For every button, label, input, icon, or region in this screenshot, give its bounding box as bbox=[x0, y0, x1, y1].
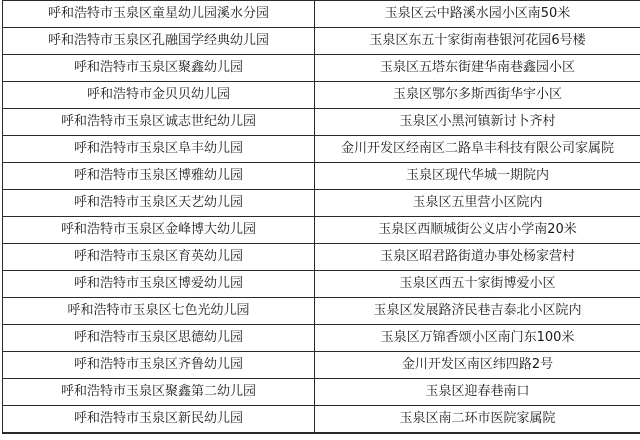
table-row: 呼和浩特市金贝贝幼儿园 玉泉区鄂尔多斯西街华宇小区 bbox=[3, 82, 640, 109]
table-row: 呼和浩特市玉泉区金峰博大幼儿园 玉泉区西顺城街公义店小学南20米 bbox=[3, 217, 640, 244]
kindergarten-name-cell: 呼和浩特市玉泉区孔融国学经典幼儿园 bbox=[3, 28, 315, 55]
kindergarten-address-cell: 玉泉区东五十家街南巷银河花园6号楼 bbox=[315, 28, 640, 55]
table-row: 呼和浩特市玉泉区阜丰幼儿园 金川开发区经南区二路阜丰科技有限公司家属院 bbox=[3, 136, 640, 163]
table-row: 呼和浩特市玉泉区童星幼儿园溪水分园 玉泉区云中路溪水园小区南50米 bbox=[3, 1, 640, 28]
kindergarten-address-cell: 玉泉区昭君路街道办事处杨家营村 bbox=[315, 244, 640, 271]
kindergarten-address-cell: 玉泉区小黑河镇新讨卜齐村 bbox=[315, 109, 640, 136]
kindergarten-address-cell: 玉泉区西顺城街公义店小学南20米 bbox=[315, 217, 640, 244]
kindergarten-name-cell: 呼和浩特市玉泉区七色光幼儿园 bbox=[3, 298, 315, 325]
kindergarten-address-cell: 玉泉区迎春巷南口 bbox=[315, 379, 640, 406]
kindergarten-name-cell: 呼和浩特市玉泉区思德幼儿园 bbox=[3, 325, 315, 352]
table-row: 呼和浩特市玉泉区育英幼儿园 玉泉区昭君路街道办事处杨家营村 bbox=[3, 244, 640, 271]
kindergarten-address-cell: 玉泉区五里营小区院内 bbox=[315, 190, 640, 217]
table-row: 呼和浩特市玉泉区孔融国学经典幼儿园 玉泉区东五十家街南巷银河花园6号楼 bbox=[3, 28, 640, 55]
kindergarten-name-cell: 呼和浩特市玉泉区聚鑫幼儿园 bbox=[3, 55, 315, 82]
kindergarten-name-cell: 呼和浩特市玉泉区聚鑫第二幼儿园 bbox=[3, 379, 315, 406]
kindergarten-address-cell: 玉泉区南二环市医院家属院 bbox=[315, 406, 640, 434]
table-row: 呼和浩特市玉泉区聚鑫幼儿园 玉泉区五塔东街建华南巷鑫园小区 bbox=[3, 55, 640, 82]
table-row: 呼和浩特市玉泉区诚志世纪幼儿园 玉泉区小黑河镇新讨卜齐村 bbox=[3, 109, 640, 136]
kindergarten-address-cell: 玉泉区鄂尔多斯西街华宇小区 bbox=[315, 82, 640, 109]
table-row: 呼和浩特市玉泉区七色光幼儿园 玉泉区发展路济民巷吉泰北小区院内 bbox=[3, 298, 640, 325]
table-row: 呼和浩特市玉泉区思德幼儿园 玉泉区万锦香颂小区南门东100米 bbox=[3, 325, 640, 352]
kindergarten-table: 呼和浩特市玉泉区童星幼儿园溪水分园 玉泉区云中路溪水园小区南50米 呼和浩特市玉… bbox=[2, 0, 640, 434]
table-row: 呼和浩特市玉泉区齐鲁幼儿园 金川开发区南区纬四路2号 bbox=[3, 352, 640, 379]
kindergarten-name-cell: 呼和浩特市玉泉区阜丰幼儿园 bbox=[3, 136, 315, 163]
kindergarten-name-cell: 呼和浩特市玉泉区育英幼儿园 bbox=[3, 244, 315, 271]
kindergarten-address-cell: 玉泉区云中路溪水园小区南50米 bbox=[315, 1, 640, 28]
table-row: 呼和浩特市玉泉区博爱幼儿园 玉泉区西五十家街博爱小区 bbox=[3, 271, 640, 298]
kindergarten-address-cell: 玉泉区五塔东街建华南巷鑫园小区 bbox=[315, 55, 640, 82]
table-row: 呼和浩特市玉泉区博雅幼儿园 玉泉区现代华城一期院内 bbox=[3, 163, 640, 190]
kindergarten-address-cell: 金川开发区经南区二路阜丰科技有限公司家属院 bbox=[315, 136, 640, 163]
kindergarten-address-cell: 玉泉区万锦香颂小区南门东100米 bbox=[315, 325, 640, 352]
kindergarten-name-cell: 呼和浩特市玉泉区诚志世纪幼儿园 bbox=[3, 109, 315, 136]
kindergarten-name-cell: 呼和浩特市玉泉区金峰博大幼儿园 bbox=[3, 217, 315, 244]
kindergarten-name-cell: 呼和浩特市玉泉区博雅幼儿园 bbox=[3, 163, 315, 190]
kindergarten-address-cell: 金川开发区南区纬四路2号 bbox=[315, 352, 640, 379]
kindergarten-address-cell: 玉泉区现代华城一期院内 bbox=[315, 163, 640, 190]
kindergarten-address-cell: 玉泉区西五十家街博爱小区 bbox=[315, 271, 640, 298]
table-row: 呼和浩特市玉泉区新民幼儿园 玉泉区南二环市医院家属院 bbox=[3, 406, 640, 434]
kindergarten-address-cell: 玉泉区发展路济民巷吉泰北小区院内 bbox=[315, 298, 640, 325]
kindergarten-name-cell: 呼和浩特市玉泉区新民幼儿园 bbox=[3, 406, 315, 434]
table-row: 呼和浩特市玉泉区天艺幼儿园 玉泉区五里营小区院内 bbox=[3, 190, 640, 217]
kindergarten-name-cell: 呼和浩特市玉泉区博爱幼儿园 bbox=[3, 271, 315, 298]
kindergarten-name-cell: 呼和浩特市玉泉区齐鲁幼儿园 bbox=[3, 352, 315, 379]
table-row: 呼和浩特市玉泉区聚鑫第二幼儿园 玉泉区迎春巷南口 bbox=[3, 379, 640, 406]
kindergarten-name-cell: 呼和浩特市玉泉区童星幼儿园溪水分园 bbox=[3, 1, 315, 28]
kindergarten-name-cell: 呼和浩特市玉泉区天艺幼儿园 bbox=[3, 190, 315, 217]
kindergarten-name-cell: 呼和浩特市金贝贝幼儿园 bbox=[3, 82, 315, 109]
